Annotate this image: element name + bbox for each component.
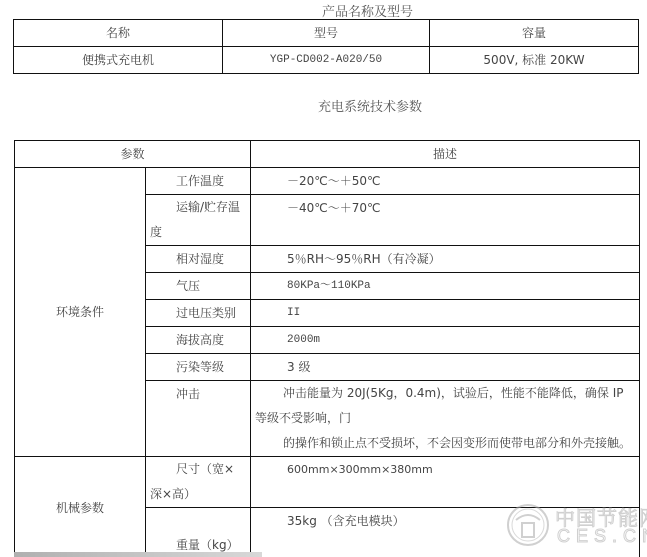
group-env: 环境条件 xyxy=(15,168,146,457)
param-cell: 过电压类别 xyxy=(146,300,251,327)
desc-cell: －20℃～＋50℃ xyxy=(251,168,640,195)
header-desc: 描述 xyxy=(251,141,640,168)
desc-cell: －40℃～＋70℃ xyxy=(251,195,640,246)
watermark: 中国节能网 CES.CN xyxy=(505,500,645,550)
param-cell: 工作温度 xyxy=(146,168,251,195)
param-cell: 气压 xyxy=(146,273,251,300)
param-cell: 污染等级 xyxy=(146,354,251,381)
header-param: 参数 xyxy=(15,141,251,168)
product-table-title: 产品名称及型号 xyxy=(322,1,413,20)
desc-cell: 3 级 xyxy=(251,354,640,381)
spec-table-title: 充电系统技术参数 xyxy=(318,96,422,115)
header-model: 型号 xyxy=(223,20,430,47)
param-cell: 冲击 xyxy=(146,381,251,457)
desc-cell: II xyxy=(251,300,640,327)
cell-name: 便携式充电机 xyxy=(14,47,223,74)
header-name: 名称 xyxy=(14,20,223,47)
param-cell: 海拔高度 xyxy=(146,327,251,354)
header-capacity: 容量 xyxy=(430,20,639,47)
param-cell: 运输/贮存温 度 xyxy=(146,195,251,246)
cell-capacity: 500V, 标准 20KW xyxy=(430,47,639,74)
param-cell: 尺寸（宽× 深×高） xyxy=(146,457,251,508)
param-cell: 重量（kg） xyxy=(146,508,251,557)
desc-cell: 80KPa～110KPa xyxy=(251,273,640,300)
spec-table: 参数 描述 环境条件 工作温度 －20℃～＋50℃ 运输/贮存温 度 －40℃～… xyxy=(14,140,640,557)
desc-cell: 5％RH～95％RH（有冷凝） xyxy=(251,246,640,273)
ces-logo-icon xyxy=(505,502,551,548)
desc-cell: 冲击能量为 20J(5Kg，0.4m)，试验后，性能不能降低，确保 IP 等级不… xyxy=(251,381,640,457)
group-mech: 机械参数 xyxy=(15,457,146,557)
scroll-shadow-bar xyxy=(14,552,262,557)
desc-cell: 2000m xyxy=(251,327,640,354)
cell-model: YGP-CD002-A020/50 xyxy=(223,47,430,74)
product-table: 名称 型号 容量 便携式充电机 YGP-CD002-A020/50 500V, … xyxy=(13,19,639,74)
param-cell: 相对湿度 xyxy=(146,246,251,273)
